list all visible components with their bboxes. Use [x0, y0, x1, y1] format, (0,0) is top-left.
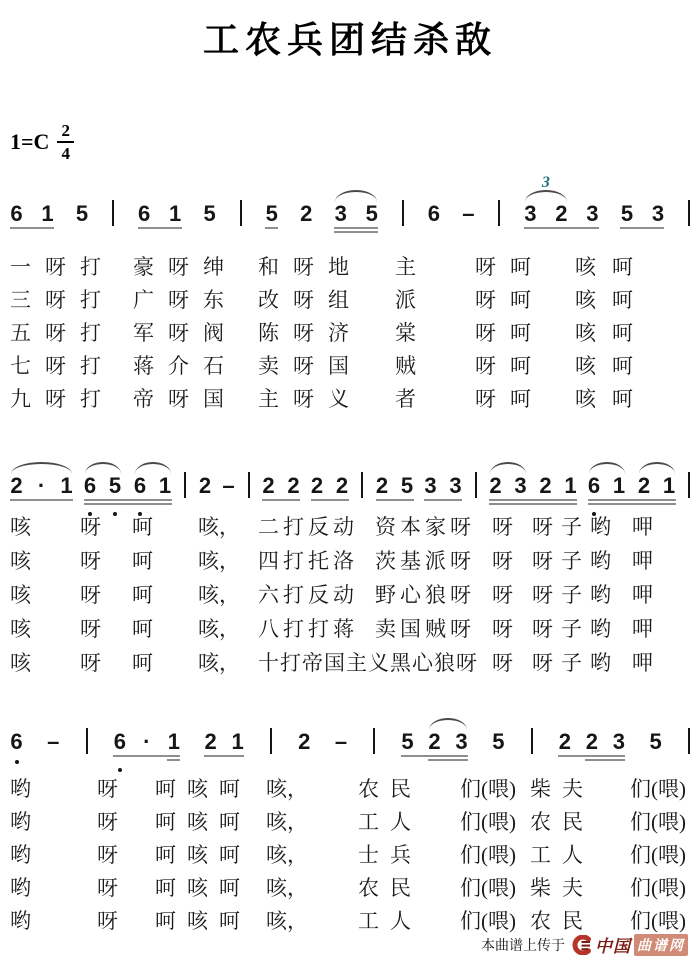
- lyric-syllable: 资本家呀: [375, 516, 475, 539]
- score-sheet: 工农兵团结杀敌 1=C 2 4 本曲谱上传于 中国 曲谱网 6156155235…: [0, 0, 700, 962]
- barline: [531, 728, 533, 754]
- beam-line: [428, 759, 468, 761]
- lyric-syllable: 呷: [632, 516, 653, 539]
- lyric-syllable: 派: [395, 289, 416, 312]
- lyric-syllable: 呀: [475, 256, 496, 279]
- note: 1: [159, 474, 172, 498]
- note: 2: [428, 730, 441, 754]
- note-group: 2: [199, 474, 212, 498]
- beam-line: [10, 227, 54, 229]
- note-group: 22: [262, 474, 300, 498]
- note-group: –: [47, 730, 60, 754]
- note: 3: [424, 474, 437, 498]
- site-name-primary: 中国: [595, 932, 631, 957]
- lyric-syllable: 呀子哟: [532, 584, 619, 607]
- lyric-syllable: 国: [328, 355, 349, 378]
- note: 6: [10, 730, 23, 754]
- lyric-syllable: 呀: [475, 388, 496, 411]
- slur-arc: [335, 190, 377, 202]
- lyric-syllable: 和: [258, 256, 279, 279]
- lyric-syllable: 呵: [132, 550, 153, 573]
- lyric-syllable: 呀: [45, 256, 66, 279]
- note: 2: [336, 474, 349, 498]
- lyric-syllable: 呵: [612, 355, 633, 378]
- lyric-syllable: 一: [10, 256, 31, 279]
- lyric-syllable: 呀: [475, 322, 496, 345]
- note: 5: [203, 202, 216, 226]
- note: –: [334, 730, 347, 754]
- lyric-syllable: 咳，: [198, 584, 240, 607]
- triplet-number: 3: [542, 174, 550, 192]
- lyric-syllable: 们(喂): [460, 910, 516, 933]
- uploaded-by-text: 本曲谱上传于: [481, 935, 565, 955]
- lyric-syllable: 呀: [293, 355, 314, 378]
- lyric-syllable: 呀: [45, 388, 66, 411]
- lyric-syllable: 哟: [10, 910, 31, 933]
- beam-line: [588, 503, 676, 505]
- lyric-syllable: 主: [395, 256, 416, 279]
- lyric-syllable: 军: [133, 322, 154, 345]
- lyric-syllable: 野心狼呀: [375, 584, 475, 607]
- lyric-syllable: 咳: [10, 618, 31, 641]
- lyric-syllable: 呀: [45, 289, 66, 312]
- note: 2: [489, 474, 502, 498]
- barline: [270, 728, 272, 754]
- lyric-syllable: 士: [358, 844, 379, 867]
- barline: [402, 200, 404, 226]
- lyric-syllable: 咳，: [266, 811, 308, 834]
- notation-line: 61561552356–323353: [10, 198, 692, 226]
- lyric-syllable: 呵: [510, 289, 531, 312]
- note: 2: [539, 474, 552, 498]
- lyric-syllable: 呀: [45, 322, 66, 345]
- barline: [498, 200, 500, 226]
- note: 1: [169, 202, 182, 226]
- lyric-syllable: 呀: [97, 910, 118, 933]
- music-site-logo-icon: [572, 935, 592, 955]
- note-group: 3233: [524, 202, 599, 226]
- lyric-syllable: 主: [258, 388, 279, 411]
- note: 2: [376, 474, 389, 498]
- lyric-syllable: 呀: [475, 355, 496, 378]
- lyric-syllable: 九: [10, 388, 31, 411]
- lyric-syllable: 呀: [80, 652, 101, 675]
- lyric-syllable: 呀: [97, 844, 118, 867]
- note-group: 2321: [489, 474, 577, 498]
- lyric-syllable: 卖: [258, 355, 279, 378]
- lyric-syllable: 打: [80, 289, 101, 312]
- note-group: 2·1: [10, 474, 73, 498]
- note-group: 5: [492, 730, 505, 754]
- lyric-syllable: 民: [390, 877, 411, 900]
- time-signature: 2 4: [57, 122, 74, 162]
- lyric-syllable: 呀: [80, 618, 101, 641]
- lyric-syllable: 呵: [510, 256, 531, 279]
- lyric-syllable: 东: [203, 289, 224, 312]
- note-group: 6·1: [113, 730, 180, 754]
- lyric-syllable: 呀: [168, 322, 189, 345]
- beam-line: [620, 227, 664, 229]
- note-group: 2: [300, 202, 313, 226]
- song-title: 工农兵团结杀敌: [0, 12, 700, 63]
- note: 5: [492, 730, 505, 754]
- note: 3: [651, 202, 664, 226]
- lyric-syllable: 咳，: [198, 652, 240, 675]
- lyric-syllable: 咳: [187, 811, 208, 834]
- slur-arc: [639, 462, 675, 474]
- lyric-syllable: 呵: [612, 256, 633, 279]
- lyric-syllable: 打: [80, 322, 101, 345]
- octave-dot: [118, 768, 122, 772]
- lyric-syllable: 贼: [395, 355, 416, 378]
- lyric-syllable: 呷: [632, 618, 653, 641]
- lyric-syllable: 咳，: [198, 618, 240, 641]
- lyric-syllable: 呀: [492, 652, 513, 675]
- beam-line: [376, 499, 414, 501]
- lyric-syllable: 呵: [219, 910, 240, 933]
- lyric-syllable: 们(喂): [630, 844, 686, 867]
- lyric-syllable: 呵: [219, 844, 240, 867]
- beam-line: [424, 499, 462, 501]
- beam-line: [334, 231, 378, 233]
- note: 5: [649, 730, 662, 754]
- note: 6: [134, 474, 147, 498]
- lyric-syllable: 农: [358, 778, 379, 801]
- lyric-syllable: 者: [395, 388, 416, 411]
- note-group: 35: [334, 202, 378, 226]
- slur-arc: [85, 462, 121, 474]
- lyric-syllable: 呀: [80, 550, 101, 573]
- lyric-syllable: 七: [10, 355, 31, 378]
- note-group: 5: [76, 202, 89, 226]
- note: 6: [427, 202, 440, 226]
- note: 2: [199, 474, 212, 498]
- note-group: 61: [138, 202, 182, 226]
- note: 5: [401, 730, 414, 754]
- lyric-syllable: 呵: [132, 618, 153, 641]
- note-group: –: [222, 474, 235, 498]
- note: 2: [311, 474, 324, 498]
- slur-arc: [490, 462, 526, 474]
- lyric-syllable: 打: [80, 355, 101, 378]
- footer: 本曲谱上传于 中国 曲谱网: [481, 932, 688, 957]
- site-name-secondary: 曲谱网: [634, 934, 688, 956]
- note-group: 223: [558, 730, 625, 754]
- lyric-syllable: 工: [530, 844, 551, 867]
- note: 6: [588, 474, 601, 498]
- note-group: 33: [424, 474, 462, 498]
- lyric-syllable: 呵: [155, 778, 176, 801]
- lyric-syllable: 呵: [219, 811, 240, 834]
- octave-dot: [15, 760, 19, 764]
- note: 1: [167, 730, 180, 754]
- note: 2: [204, 730, 217, 754]
- lyric-syllable: 茨基派呀: [375, 550, 475, 573]
- lyric-syllable: 八打打蒋: [258, 618, 358, 641]
- lyric-syllable: 们(喂): [630, 877, 686, 900]
- note: 2: [558, 730, 571, 754]
- lyric-syllable: 地: [328, 256, 349, 279]
- lyric-syllable: 呀: [492, 618, 513, 641]
- lyric-syllable: 二打反动: [258, 516, 358, 539]
- note: 5: [265, 202, 278, 226]
- lyric-syllable: 蒋: [133, 355, 154, 378]
- note: 1: [613, 474, 626, 498]
- lyric-syllable: 三: [10, 289, 31, 312]
- lyric-syllable: 六打反动: [258, 584, 358, 607]
- note-group: –: [334, 730, 347, 754]
- lyric-syllable: 咳，: [266, 877, 308, 900]
- note: 3: [334, 202, 347, 226]
- beam-line: [84, 503, 172, 505]
- note: 2: [300, 202, 313, 226]
- slur-arc: [589, 462, 625, 474]
- lyric-syllable: 陈: [258, 322, 279, 345]
- note-group: 5: [649, 730, 662, 754]
- note-group: –: [462, 202, 475, 226]
- lyric-syllable: 咳，: [266, 844, 308, 867]
- lyric-syllable: 呵: [132, 652, 153, 675]
- lyric-syllable: 夫: [562, 877, 583, 900]
- lyric-syllable: 呀: [45, 355, 66, 378]
- lyric-syllable: 石: [203, 355, 224, 378]
- lyric-syllable: 呵: [155, 844, 176, 867]
- lyric-syllable: 农: [530, 811, 551, 834]
- lyric-syllable: 们(喂): [460, 778, 516, 801]
- lyric-syllable: 绅: [203, 256, 224, 279]
- note-group: 6: [427, 202, 440, 226]
- note: 3: [514, 474, 527, 498]
- barline: [688, 200, 690, 226]
- lyric-syllable: 咳，: [266, 778, 308, 801]
- beam-line: [311, 499, 349, 501]
- note-group: 5: [203, 202, 216, 226]
- lyric-syllable: 咳: [187, 910, 208, 933]
- beam-line: [10, 499, 73, 501]
- note: 6: [113, 730, 126, 754]
- lyric-syllable: 呵: [132, 516, 153, 539]
- beam-line: [588, 499, 676, 501]
- barline: [86, 728, 88, 754]
- note: 2: [10, 474, 23, 498]
- note: –: [222, 474, 235, 498]
- lyric-syllable: 呀: [293, 388, 314, 411]
- lyric-syllable: 广: [133, 289, 154, 312]
- beam-line: [524, 227, 599, 229]
- beam-line: [489, 499, 577, 501]
- lyric-syllable: 打: [80, 256, 101, 279]
- lyric-syllable: 呀: [80, 584, 101, 607]
- note: 6: [84, 474, 97, 498]
- note: 1: [231, 730, 244, 754]
- lyric-syllable: 人: [390, 910, 411, 933]
- lyric-syllable: 呵: [612, 289, 633, 312]
- barline: [184, 472, 186, 498]
- lyric-syllable: 呵: [612, 322, 633, 345]
- lyric-syllable: 农: [358, 877, 379, 900]
- lyric-syllable: 们(喂): [460, 811, 516, 834]
- note: 1: [41, 202, 54, 226]
- note: 5: [620, 202, 633, 226]
- meter-upper: 2: [57, 122, 74, 143]
- lyric-syllable: 呀: [97, 877, 118, 900]
- lyric-syllable: 呵: [155, 811, 176, 834]
- lyric-syllable: 柴: [530, 877, 551, 900]
- lyric-syllable: 豪: [133, 256, 154, 279]
- notation-line: 2·165612–2222253323216121: [10, 470, 692, 498]
- note-group: 21: [204, 730, 244, 754]
- lyric-syllable: 民: [390, 778, 411, 801]
- lyric-syllable: 呀: [168, 388, 189, 411]
- lyric-syllable: 呵: [219, 877, 240, 900]
- note: 1: [663, 474, 676, 498]
- lyric-syllable: 工: [358, 910, 379, 933]
- lyric-syllable: 呀子哟: [532, 550, 619, 573]
- lyric-syllable: 咳: [575, 388, 596, 411]
- note: ·: [35, 474, 48, 498]
- barline: [373, 728, 375, 754]
- lyric-syllable: 哟: [10, 778, 31, 801]
- slur-arc: [429, 718, 467, 730]
- note: 3: [449, 474, 462, 498]
- note: 2: [262, 474, 275, 498]
- lyric-syllable: 呀: [492, 584, 513, 607]
- note-group: 6121: [588, 474, 676, 498]
- lyric-syllable: 棠: [395, 322, 416, 345]
- lyric-syllable: 们(喂): [630, 910, 686, 933]
- lyric-syllable: 人: [390, 811, 411, 834]
- barline: [361, 472, 363, 498]
- lyric-syllable: 呀: [97, 811, 118, 834]
- lyric-syllable: 咳: [10, 584, 31, 607]
- lyric-syllable: 哟: [10, 877, 31, 900]
- lyric-syllable: 呀: [492, 516, 513, 539]
- lyric-syllable: 们(喂): [630, 811, 686, 834]
- lyric-syllable: 咳: [187, 778, 208, 801]
- barline: [112, 200, 114, 226]
- lyric-syllable: 们(喂): [630, 778, 686, 801]
- slur-arc: [11, 462, 72, 474]
- note: 5: [401, 474, 414, 498]
- beam-line: [113, 755, 180, 757]
- note: 6: [10, 202, 23, 226]
- barline: [248, 472, 250, 498]
- slur-arc: [135, 462, 171, 474]
- lyric-syllable: 呵: [155, 877, 176, 900]
- note-group: 5: [265, 202, 278, 226]
- note-group: 523: [401, 730, 468, 754]
- lyric-syllable: 咳: [10, 652, 31, 675]
- note: 3: [455, 730, 468, 754]
- lyric-syllable: 呵: [510, 355, 531, 378]
- note: 3: [612, 730, 625, 754]
- lyric-syllable: 农: [530, 910, 551, 933]
- lyric-syllable: 咳: [575, 289, 596, 312]
- lyric-syllable: 咳: [10, 516, 31, 539]
- lyric-syllable: 哟: [10, 844, 31, 867]
- lyric-syllable: 咳，: [266, 910, 308, 933]
- lyric-syllable: 咳: [187, 844, 208, 867]
- lyric-syllable: 呵: [155, 910, 176, 933]
- lyric-syllable: 呵: [132, 584, 153, 607]
- note: –: [462, 202, 475, 226]
- lyric-syllable: 呷: [632, 652, 653, 675]
- lyric-syllable: 咳: [10, 550, 31, 573]
- note: 3: [586, 202, 599, 226]
- lyric-syllable: 呀子哟: [532, 652, 619, 675]
- octave-dot: [113, 512, 117, 516]
- lyric-syllable: 呵: [510, 322, 531, 345]
- lyric-syllable: 呀: [475, 289, 496, 312]
- note-group: 2: [298, 730, 311, 754]
- lyric-syllable: 呀: [168, 256, 189, 279]
- lyric-syllable: 呀: [80, 516, 101, 539]
- note: 5: [365, 202, 378, 226]
- lyric-syllable: 呀: [492, 550, 513, 573]
- beam-line: [489, 503, 577, 505]
- note: 6: [138, 202, 151, 226]
- lyric-syllable: 济: [328, 322, 349, 345]
- lyric-syllable: 咳: [575, 355, 596, 378]
- note: –: [47, 730, 60, 754]
- note-group: 61: [10, 202, 54, 226]
- lyric-syllable: 呀: [293, 256, 314, 279]
- beam-line: [265, 227, 278, 229]
- lyric-syllable: 呵: [219, 778, 240, 801]
- lyric-syllable: 们(喂): [460, 877, 516, 900]
- beam-line: [401, 755, 468, 757]
- lyric-syllable: 呀: [293, 322, 314, 345]
- note: 1: [564, 474, 577, 498]
- lyric-syllable: 四打托洛: [258, 550, 358, 573]
- lyric-syllable: 咳: [187, 877, 208, 900]
- lyric-syllable: 兵: [390, 844, 411, 867]
- lyric-syllable: 咳: [575, 322, 596, 345]
- note: 2: [298, 730, 311, 754]
- note: 2: [638, 474, 651, 498]
- lyric-syllable: 五: [10, 322, 31, 345]
- note: 5: [109, 474, 122, 498]
- lyric-syllable: 呀子哟: [532, 516, 619, 539]
- beam-line: [334, 227, 378, 229]
- note: 2: [585, 730, 598, 754]
- lyric-syllable: 呷: [632, 550, 653, 573]
- lyric-syllable: 阀: [203, 322, 224, 345]
- beam-line: [262, 499, 300, 501]
- lyric-syllable: 卖国贼呀: [375, 618, 475, 641]
- meter-lower: 4: [61, 143, 70, 162]
- lyric-syllable: 咳，: [198, 516, 240, 539]
- lyric-syllable: 夫: [562, 778, 583, 801]
- lyric-syllable: 呀: [168, 289, 189, 312]
- lyric-syllable: 人: [562, 844, 583, 867]
- beam-line: [204, 755, 244, 757]
- lyric-syllable: 咳: [575, 256, 596, 279]
- note: 2: [287, 474, 300, 498]
- note: 5: [76, 202, 89, 226]
- lyric-syllable: 呀: [293, 289, 314, 312]
- lyric-syllable: 帝: [133, 388, 154, 411]
- lyric-syllable: 哟: [10, 811, 31, 834]
- lyric-syllable: 呷: [632, 584, 653, 607]
- barline: [688, 728, 690, 754]
- lyric-syllable: 民: [562, 910, 583, 933]
- note-group: 25: [376, 474, 414, 498]
- note-group: 53: [620, 202, 664, 226]
- lyric-syllable: 呀: [97, 778, 118, 801]
- qupu-site-logo: 中国 曲谱网: [572, 932, 688, 957]
- note: 2: [555, 202, 568, 226]
